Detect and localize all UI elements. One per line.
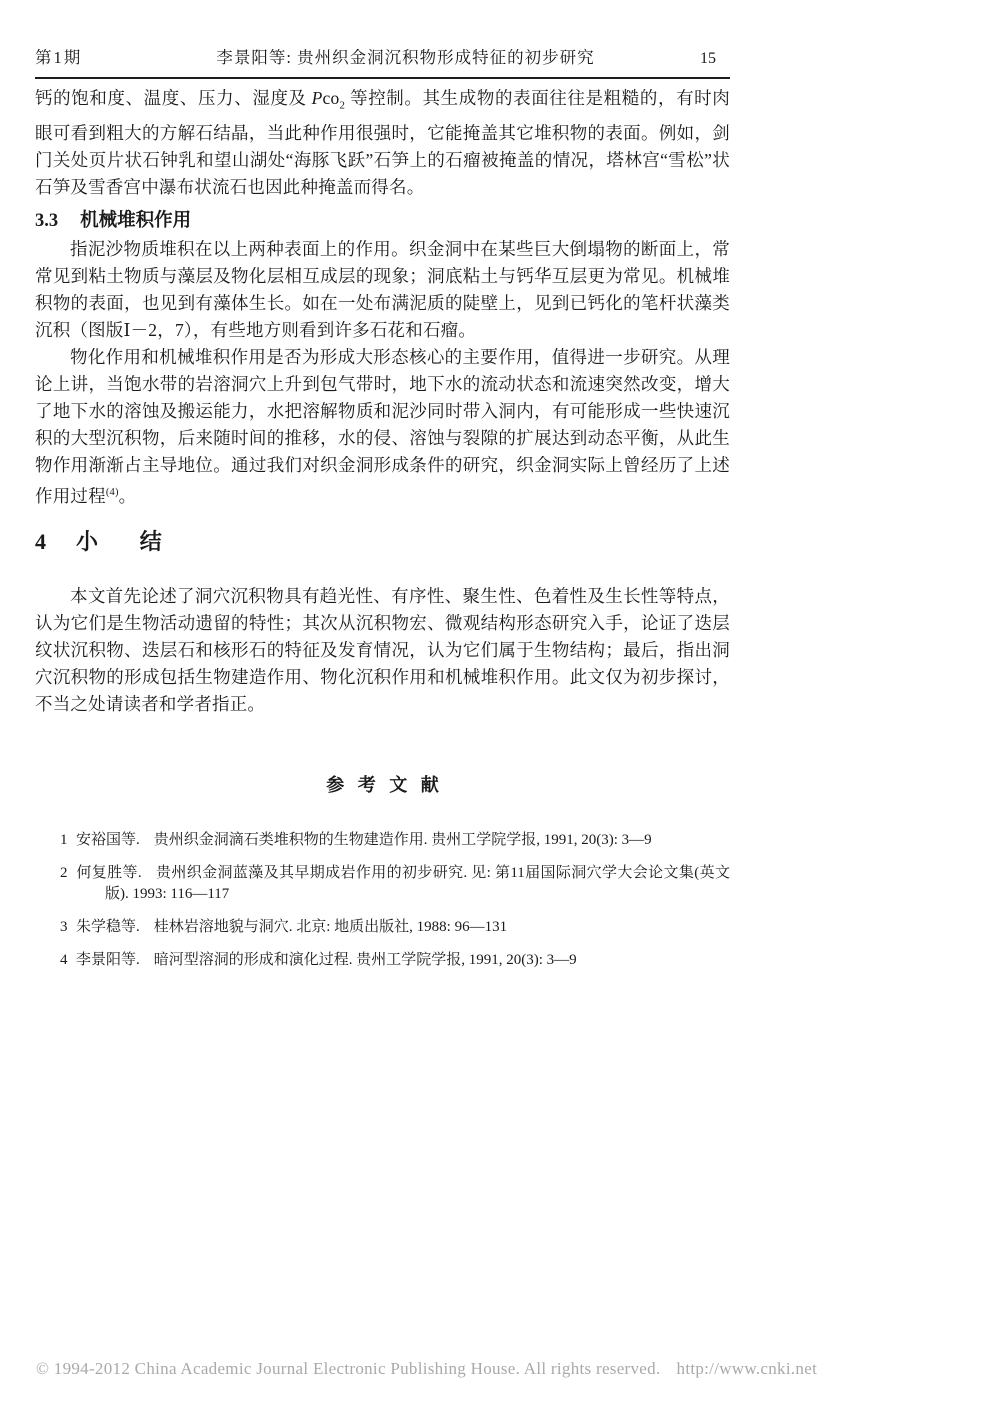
- reference-item: 4李景阳等.暗河型溶洞的形成和演化过程. 贵州工学院学报, 1991, 20(3…: [60, 950, 730, 971]
- issue-label: 第1期: [35, 44, 165, 68]
- header-rule: [35, 77, 730, 79]
- pco2-variable: P: [312, 88, 323, 108]
- journal-page: 第1期 李景阳等: 贵州织金洞沉积物形成特征的初步研究 15 钙的饱和度、温度、…: [0, 0, 1000, 1405]
- text-column: 第1期 李景阳等: 贵州织金洞沉积物形成特征的初步研究 15 钙的饱和度、温度、…: [35, 0, 730, 983]
- section-title: 小结: [76, 529, 204, 554]
- running-title: 李景阳等: 贵州织金洞沉积物形成特征的初步研究: [165, 44, 646, 68]
- reference-author: 朱学稳等.: [76, 919, 140, 935]
- para-text: 钙的饱和度、温度、压力、湿度及: [35, 88, 312, 108]
- reference-number: 2: [60, 863, 76, 884]
- reference-number: 4: [60, 950, 76, 971]
- section-number: 4: [35, 529, 46, 554]
- reference-author: 安裕国等.: [76, 832, 140, 848]
- reference-text: 桂林岩溶地貌与洞穴. 北京: 地质出版社, 1988: 96—131: [154, 919, 507, 935]
- section-number: 3.3: [35, 211, 58, 231]
- reference-author: 李景阳等.: [76, 952, 140, 968]
- copyright-text: © 1994-2012 China Academic Journal Elect…: [36, 1359, 661, 1378]
- reference-item: 1安裕国等.贵州织金洞滴石类堆积物的生物建造作用. 贵州工学院学报, 1991,…: [60, 830, 730, 851]
- section-3-3-paragraph-1: 指泥沙物质堆积在以上两种表面上的作用。织金洞中在某些巨大倒塌物的断面上，常常见到…: [35, 236, 730, 344]
- reference-author: 何复胜等.: [76, 865, 142, 881]
- cnki-url: http://www.cnki.net: [677, 1359, 818, 1378]
- reference-number: 1: [60, 830, 76, 851]
- reference-text: 贵州织金洞滴石类堆积物的生物建造作用. 贵州工学院学报, 1991, 20(3)…: [154, 832, 652, 848]
- pco2-co: co: [323, 88, 340, 108]
- section-3-3-heading: 3.3机械堆积作用: [35, 206, 730, 236]
- reference-text: 贵州织金洞蓝藻及其早期成岩作用的初步研究. 见: 第11届国际洞穴学大会论文集(…: [105, 865, 730, 902]
- reference-number: 3: [60, 917, 76, 938]
- summary-paragraph: 本文首先论述了洞穴沉积物具有趋光性、有序性、聚生性、色着性及生长性等特点，认为它…: [35, 583, 730, 718]
- reference-item: 2何复胜等.贵州织金洞蓝藻及其早期成岩作用的初步研究. 见: 第11届国际洞穴学…: [60, 863, 730, 905]
- reference-item: 3朱学稳等.桂林岩溶地貌与洞穴. 北京: 地质出版社, 1988: 96—131: [60, 917, 730, 938]
- para-text: 物化作用和机械堆积作用是否为形成大形态核心的主要作用，值得进一步研究。从理论上讲…: [35, 347, 730, 506]
- cnki-copyright-footer: © 1994-2012 China Academic Journal Elect…: [36, 1359, 817, 1379]
- section-3-3-paragraph-2: 物化作用和机械堆积作用是否为形成大形态核心的主要作用，值得进一步研究。从理论上讲…: [35, 344, 730, 510]
- reference-text: 暗河型溶洞的形成和演化过程. 贵州工学院学报, 1991, 20(3): 3—9: [154, 952, 577, 968]
- paragraph-continuation: 钙的饱和度、温度、压力、湿度及 Pco2 等控制。其生成物的表面往往是粗糙的，有…: [35, 85, 730, 201]
- section-4-heading: 4小结: [35, 525, 730, 559]
- references-list: 1安裕国等.贵州织金洞滴石类堆积物的生物建造作用. 贵州工学院学报, 1991,…: [60, 830, 730, 971]
- references-heading: 参考文献: [35, 770, 730, 800]
- page-number: 15: [646, 50, 730, 68]
- para-text: 。: [119, 485, 137, 505]
- citation-marker: (4): [106, 487, 119, 498]
- page-header: 第1期 李景阳等: 贵州织金洞沉积物形成特征的初步研究 15: [35, 0, 730, 68]
- section-title: 机械堆积作用: [80, 211, 191, 231]
